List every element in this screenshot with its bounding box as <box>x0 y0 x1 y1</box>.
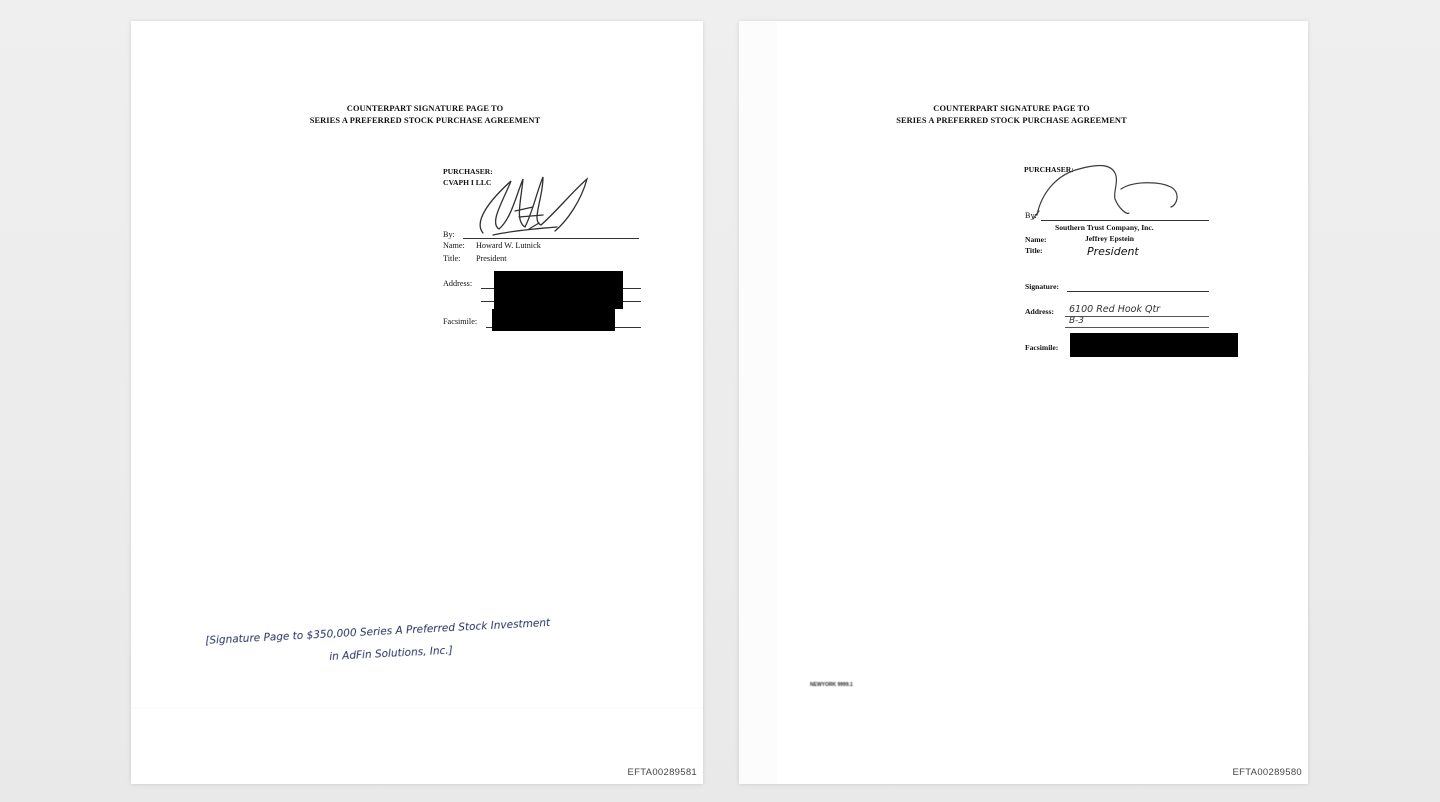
facsimile-redaction <box>492 309 615 331</box>
address-redaction <box>494 271 623 309</box>
by-label: By: <box>443 230 455 240</box>
footer-stamp: NEWYORK 9999.1 <box>810 682 853 688</box>
heading-line-2: Series A Preferred Stock Purchase Agreem… <box>739 115 1284 127</box>
name-value: Howard W. Lutnick <box>476 241 541 251</box>
heading-line-2: Series A Preferred Stock Purchase Agreem… <box>131 115 719 127</box>
facsimile-redaction <box>1070 333 1238 357</box>
address-line-1 <box>1065 316 1209 317</box>
title-value: President <box>476 254 506 264</box>
signature-scribble <box>1031 159 1191 221</box>
name-value: Jeffrey Epstein <box>1085 234 1134 244</box>
heading-line-1: Counterpart Signature Page to <box>739 103 1284 115</box>
address-label: Address: <box>1025 307 1054 317</box>
title-value-handwritten: President <box>1087 245 1139 258</box>
title-label: Title: <box>443 254 460 264</box>
document-page-right: Counterpart Signature Page to Series A P… <box>739 21 1308 784</box>
page-heading: Counterpart Signature Page to Series A P… <box>739 103 1284 127</box>
name-label: Name: <box>443 241 465 251</box>
scan-artifact <box>131 707 703 709</box>
address-line-2 <box>1065 327 1209 328</box>
signature-scribble <box>471 171 601 241</box>
address-label: Address: <box>443 279 472 289</box>
company-value: Southern Trust Company, Inc. <box>1055 223 1154 233</box>
by-signature-line <box>1041 220 1209 221</box>
signature-label: Signature: <box>1025 282 1059 292</box>
scan-edge-shadow <box>739 21 777 784</box>
bates-number: EFTA00289580 <box>1233 767 1302 778</box>
facsimile-label: Facsimile: <box>1025 343 1058 353</box>
address-value-line-2: B-3 <box>1069 316 1084 326</box>
page-heading: Counterpart Signature Page to Series A P… <box>131 103 719 127</box>
document-page-left: Counterpart Signature Page to Series A P… <box>131 21 703 784</box>
handwritten-note-line-1: [Signature Page to $350,000 Series A Pre… <box>205 617 550 647</box>
address-value-line-1: 6100 Red Hook Qtr <box>1069 304 1160 315</box>
by-label: By: <box>1025 211 1037 221</box>
by-signature-line <box>463 238 639 239</box>
signature-line <box>1067 291 1209 292</box>
bates-number: EFTA00289581 <box>628 767 697 778</box>
handwritten-note-line-2: in AdFin Solutions, Inc.] <box>329 645 453 663</box>
name-label: Name: <box>1025 235 1047 245</box>
facsimile-label: Facsimile: <box>443 317 477 327</box>
title-label: Title: <box>1025 246 1043 256</box>
heading-line-1: Counterpart Signature Page to <box>131 103 719 115</box>
